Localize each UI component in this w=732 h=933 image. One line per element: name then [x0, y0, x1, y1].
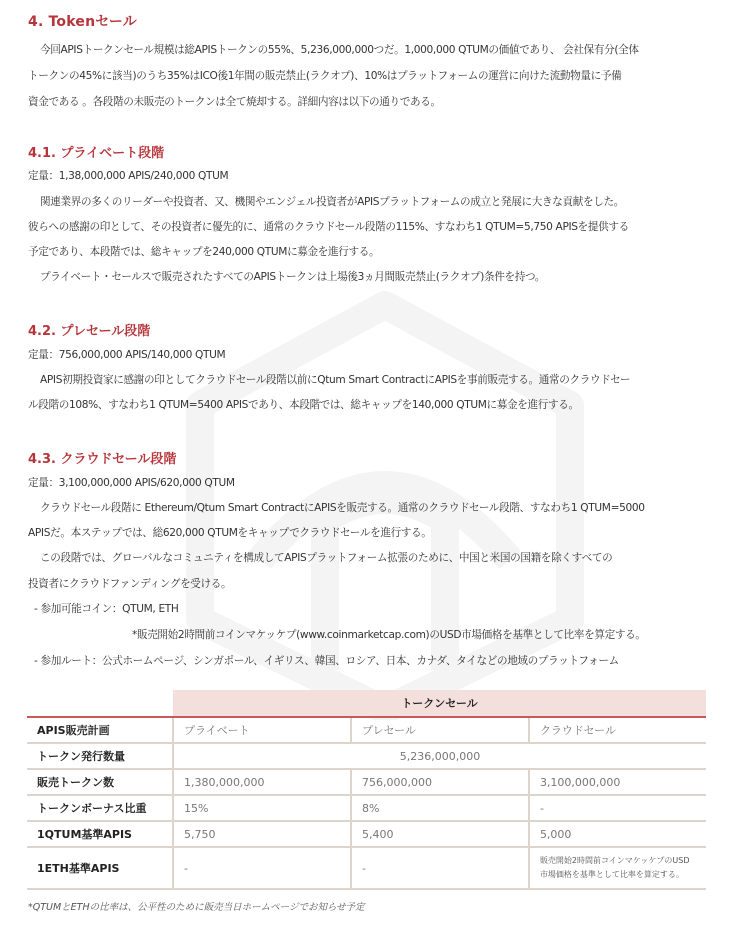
private-line-3: 予定であり、本段階では、総キャップを240,000 QTUMに募金を進行する。: [28, 244, 379, 259]
cell-qtum-rate-presale: 5,400: [351, 821, 529, 847]
cell-qtum-rate-private: 5,750: [173, 821, 351, 847]
row-label-plan: APIS販売計画: [27, 717, 173, 743]
heading-private-stage: 4.1. プライベート段階: [28, 142, 164, 161]
presale-line-2: ル段階の108%、すなわち1 QTUM=5400 APISであり、本段階では、総…: [28, 397, 579, 412]
crowdsale-quota: 定量：3,100,000,000 APIS/620,000 QTUM: [28, 475, 235, 490]
presale-quota: 定量：756,000,000 APIS/140,000 QTUM: [28, 347, 225, 362]
table-row: 1QTUM基準APIS 5,750 5,400 5,000: [27, 821, 706, 847]
intro-line-1: 今回APISトークンセール規模は総APISトークンの55%、5,236,000,…: [40, 42, 639, 57]
row-label-bonus: トークンボーナス比重: [27, 795, 173, 821]
cell-eth-rate-presale: -: [351, 847, 529, 889]
cell-plan-private: プライベート: [173, 717, 351, 743]
cell-plan-crowdsale: クラウドセール: [529, 717, 706, 743]
table-row: トークンボーナス比重 15% 8% -: [27, 795, 706, 821]
cell-plan-presale: プレセール: [351, 717, 529, 743]
cell-eth-rate-private: -: [173, 847, 351, 889]
table-header-row: トークンセール: [27, 690, 706, 717]
section-heading-token-sale: 4. Tokenセール: [28, 11, 137, 31]
table-row: 販売トークン数 1,380,000,000 756,000,000 3,100,…: [27, 769, 706, 795]
private-line-1: 関連業界の多くのリーダーや投資者、又、機関やエンジェル投資者がAPISプラットフ…: [40, 194, 624, 209]
table-row: 1ETH基準APIS - - 販売開始2時間前コインマケッケプのUSD市場価格を…: [27, 847, 706, 889]
crowdsale-line-1: クラウドセール段階に Ethereum/Qtum Smart Contractに…: [40, 500, 645, 515]
crowdsale-coins: - 参加可能コイン：QTUM, ETH: [34, 601, 179, 616]
cell-bonus-private: 15%: [173, 795, 351, 821]
cell-bonus-crowdsale: -: [529, 795, 706, 821]
row-label-qtum-rate: 1QTUM基準APIS: [27, 821, 173, 847]
row-label-sale-count: 販売トークン数: [27, 769, 173, 795]
cell-sale-count-crowdsale: 3,100,000,000: [529, 769, 706, 795]
table-group-header: トークンセール: [173, 690, 706, 717]
heading-crowdsale-stage: 4.3. クラウドセール段階: [28, 448, 176, 467]
row-label-issuance: トークン発行数量: [27, 743, 173, 769]
heading-presale-stage: 4.2. プレセール段階: [28, 320, 150, 339]
cell-eth-rate-crowdsale: 販売開始2時間前コインマケッケプのUSD市場価格を基準として比率を算定する。: [529, 847, 706, 889]
crowdsale-line-3: この段階では、グローバルなコミュニティを構成してAPISプラットフォーム拡張のた…: [40, 550, 612, 565]
private-line-4: プライベート・セールスで販売されたすべてのAPISトークンは上場後3ヵ月間販売禁…: [40, 269, 545, 284]
crowdsale-coins-note: *販売開始2時間前コインマケッケプ(www.coinmarketcap.com)…: [132, 627, 646, 642]
cell-issuance-total: 5,236,000,000: [173, 743, 706, 769]
intro-line-3: 資金である 。各段階の未販売のトークンは全て焼却する。詳細内容は以下の通りである…: [28, 94, 441, 109]
table-corner-cell: [27, 690, 173, 717]
private-line-2: 彼らへの感謝の印として、その投資者に優先的に、通常のクラウドセール段階の115%…: [28, 219, 629, 234]
token-sale-table: トークンセール APIS販売計画 プライベート プレセール クラウドセール トー…: [27, 690, 706, 890]
cell-sale-count-private: 1,380,000,000: [173, 769, 351, 795]
intro-line-2: トークンの45%に該当)のうち35%はICO後1年間の販売禁止(ラクオプ)、10…: [28, 68, 621, 83]
presale-line-1: APIS初期投資家に感謝の印としてクラウドセール段階以前にQtum Smart …: [40, 372, 630, 387]
table-row: トークン発行数量 5,236,000,000: [27, 743, 706, 769]
cell-qtum-rate-crowdsale: 5,000: [529, 821, 706, 847]
private-quota: 定量：1,38,000,000 APIS/240,000 QTUM: [28, 168, 228, 183]
crowdsale-line-2: APISだ。本ステップでは、総620,000 QTUMをキャップでクラウドセール…: [28, 525, 432, 540]
cell-sale-count-presale: 756,000,000: [351, 769, 529, 795]
table-footnote: *QTUMとETHの比率は、公平性のために販売当日ホームページでお知らせ予定: [28, 899, 365, 913]
table-row: APIS販売計画 プライベート プレセール クラウドセール: [27, 717, 706, 743]
crowdsale-line-4: 投資者にクラウドファンディングを受ける。: [28, 576, 231, 591]
cell-bonus-presale: 8%: [351, 795, 529, 821]
crowdsale-route: - 参加ルート：公式ホームページ、シンガポール、イギリス、韓国、ロシア、日本、カ…: [34, 653, 619, 668]
row-label-eth-rate: 1ETH基準APIS: [27, 847, 173, 889]
